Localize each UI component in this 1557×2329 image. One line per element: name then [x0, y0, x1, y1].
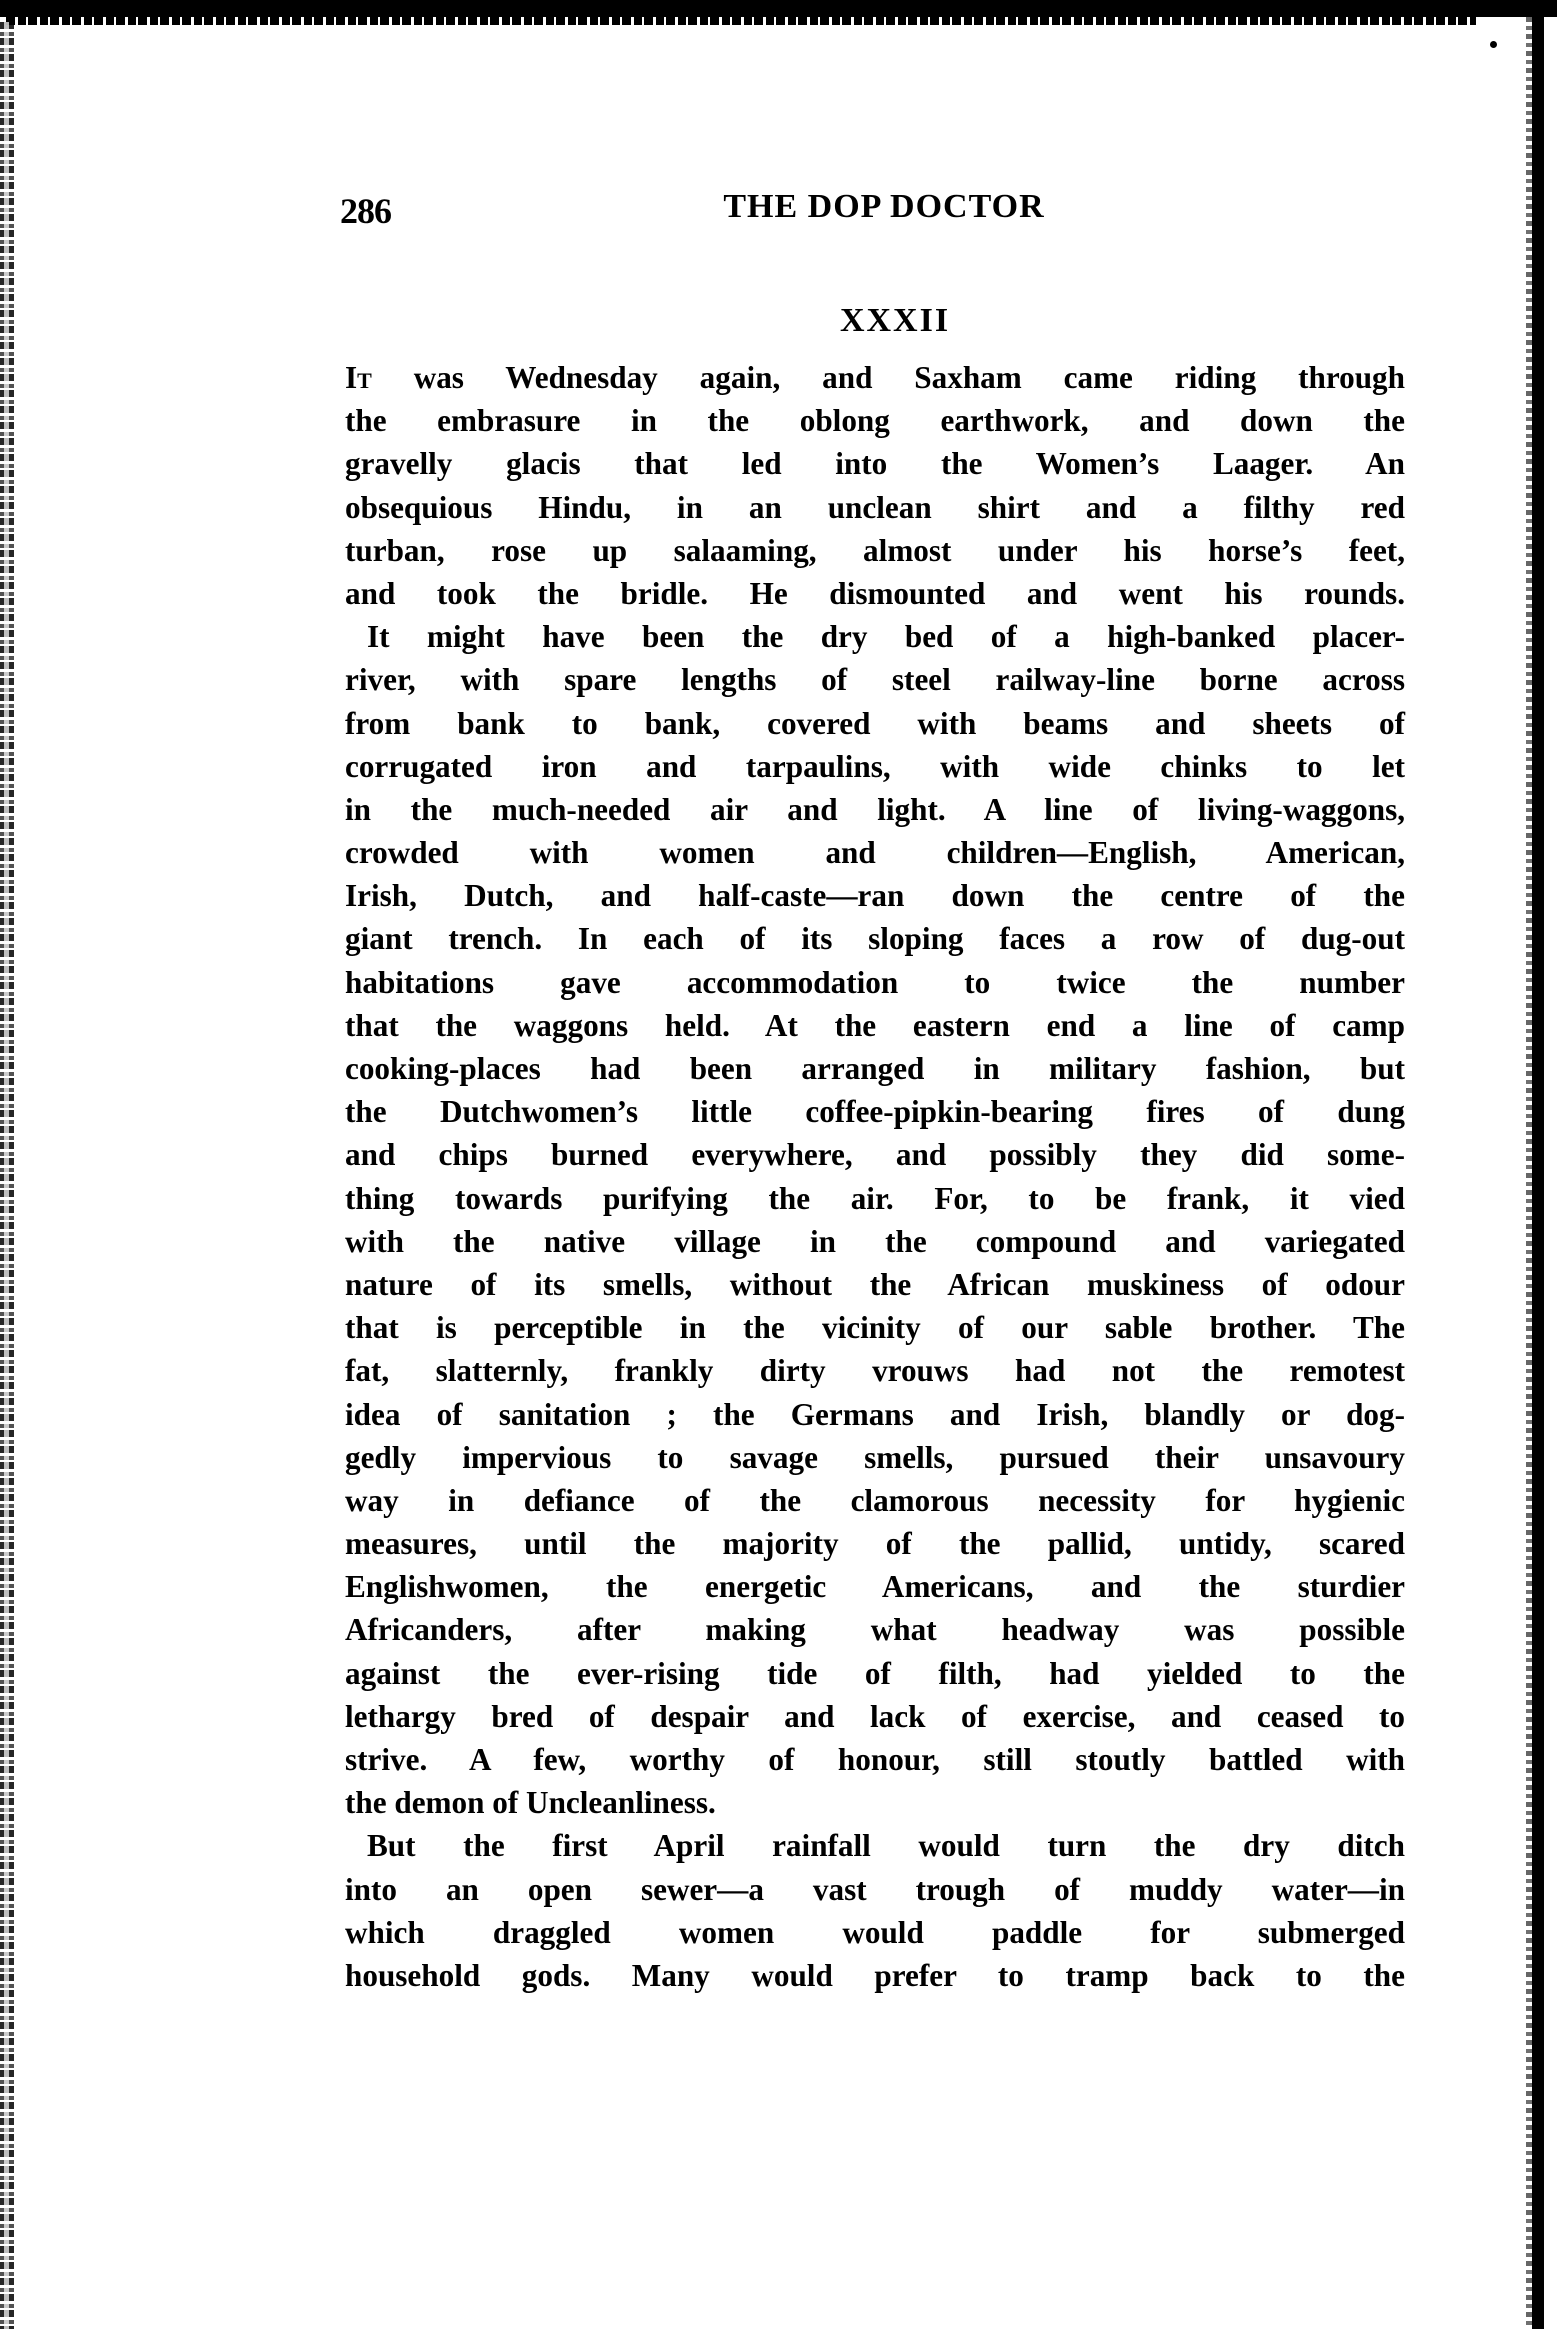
- text-line: corrugated iron and tarpaulins, with wid…: [345, 745, 1405, 788]
- text-line: giant trench. In each of its sloping fac…: [345, 917, 1405, 960]
- text-line: Africanders, after making what headway w…: [345, 1608, 1405, 1651]
- paragraph-3: But the first April rainfall would turn …: [345, 1824, 1405, 1997]
- text-line: Englishwomen, the energetic Americans, a…: [345, 1565, 1405, 1608]
- text-line: and took the bridle. He dismounted and w…: [345, 572, 1405, 615]
- scan-speck: [1490, 41, 1497, 48]
- text-line: way in defiance of the clamorous necessi…: [345, 1479, 1405, 1522]
- text-line: It was Wednesday again, and Saxham came …: [345, 356, 1405, 399]
- text-line: turban, rose up salaaming, almost under …: [345, 529, 1405, 572]
- text-line: measures, until the majority of the pall…: [345, 1522, 1405, 1565]
- text-line: and chips burned everywhere, and possibl…: [345, 1133, 1405, 1176]
- text-line: obsequious Hindu, in an unclean shirt an…: [345, 486, 1405, 529]
- text-line: into an open sewer—a vast trough of mudd…: [345, 1868, 1405, 1911]
- running-title: THE DOP DOCTOR: [345, 188, 1405, 226]
- text-line: It might have been the dry bed of a high…: [345, 615, 1405, 658]
- text-line: that the waggons held. At the eastern en…: [345, 1004, 1405, 1047]
- text-line: which draggled women would paddle for su…: [345, 1911, 1405, 1954]
- book-page: 286 THE DOP DOCTOR XXXII It was Wednesda…: [345, 180, 1405, 1997]
- text-line: against the ever-rising tide of filth, h…: [345, 1652, 1405, 1695]
- text-line: nature of its smells, without the Africa…: [345, 1263, 1405, 1306]
- text-line: Irish, Dutch, and half-caste—ran down th…: [345, 874, 1405, 917]
- scan-top-edge: [6, 17, 1476, 25]
- text-line: But the first April rainfall would turn …: [345, 1824, 1405, 1867]
- scan-top-border: [0, 0, 1557, 17]
- text-line: in the much-needed air and light. A line…: [345, 788, 1405, 831]
- paragraph-1: It was Wednesday again, and Saxham came …: [345, 356, 1405, 615]
- text-line: thing towards purifying the air. For, to…: [345, 1177, 1405, 1220]
- drop-lead-word: It: [345, 360, 372, 395]
- paragraph-2: It might have been the dry bed of a high…: [345, 615, 1405, 1824]
- text-line: the embrasure in the oblong earthwork, a…: [345, 399, 1405, 442]
- text-line: lethargy bred of despair and lack of exe…: [345, 1695, 1405, 1738]
- scan-right-border: [1532, 17, 1544, 2329]
- text-line: gedly impervious to savage smells, pursu…: [345, 1436, 1405, 1479]
- text-line: from bank to bank, covered with beams an…: [345, 702, 1405, 745]
- text-line: cooking-places had been arranged in mili…: [345, 1047, 1405, 1090]
- text-line: the demon of Uncleanliness.: [345, 1781, 1405, 1824]
- text-line: gravelly glacis that led into the Women’…: [345, 442, 1405, 485]
- text-line: river, with spare lengths of steel railw…: [345, 658, 1405, 701]
- text-line: with the native village in the compound …: [345, 1220, 1405, 1263]
- text-line: idea of sanitation ; the Germans and Iri…: [345, 1393, 1405, 1436]
- scan-left-border-highlight: [4, 22, 9, 2329]
- text-line: crowded with women and children—English,…: [345, 831, 1405, 874]
- text-line: household gods. Many would prefer to tra…: [345, 1954, 1405, 1997]
- chapter-heading: XXXII: [345, 302, 1405, 350]
- text-line: the Dutchwomen’s little coffee-pipkin-be…: [345, 1090, 1405, 1133]
- text-line: fat, slatternly, frankly dirty vrouws ha…: [345, 1349, 1405, 1392]
- text-line: that is perceptible in the vicinity of o…: [345, 1306, 1405, 1349]
- running-head: 286 THE DOP DOCTOR: [345, 180, 1405, 228]
- text-line: strive. A few, worthy of honour, still s…: [345, 1738, 1405, 1781]
- body-text: It was Wednesday again, and Saxham came …: [345, 356, 1405, 1997]
- text-line: habitations gave accommodation to twice …: [345, 961, 1405, 1004]
